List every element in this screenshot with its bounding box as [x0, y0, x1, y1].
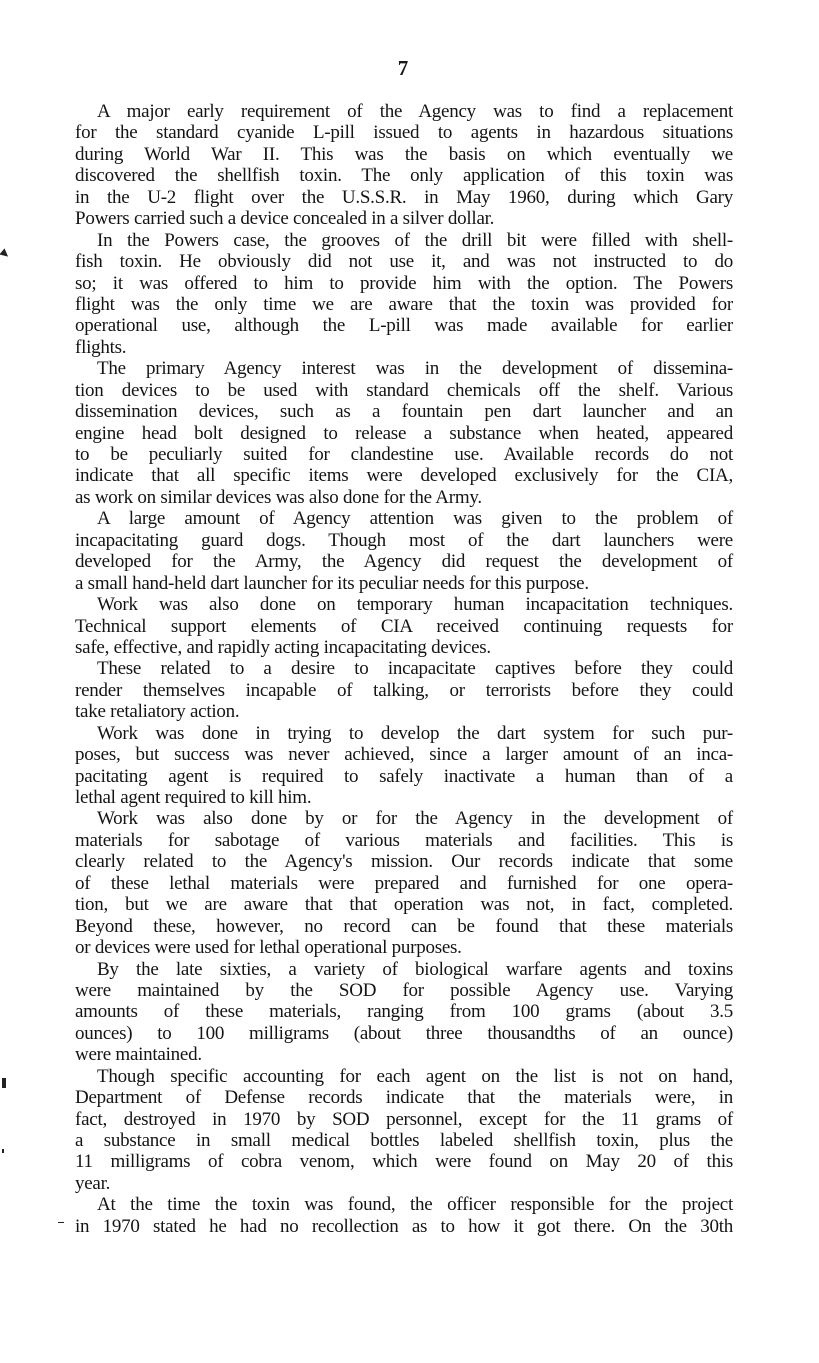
text-line: In the Powers case, the grooves of the d…: [75, 230, 733, 251]
text-line: fact, destroyed in 1970 by SOD personnel…: [75, 1109, 733, 1130]
text-line: The primary Agency interest was in the d…: [75, 358, 733, 379]
margin-arrow-mark: [0, 248, 11, 259]
text-line: A large amount of Agency attention was g…: [75, 508, 733, 529]
text-line: were maintained by the SOD for possible …: [75, 980, 733, 1001]
text-line: tion devices to be used with standard ch…: [75, 380, 733, 401]
paragraph: In the Powers case, the grooves of the d…: [75, 230, 733, 359]
text-line: a substance in small medical bottles lab…: [75, 1130, 733, 1151]
text-line: tion, but we are aware that that operati…: [75, 894, 733, 915]
text-line: clearly related to the Agency's mission.…: [75, 851, 733, 872]
text-line: operational use, although the L-pill was…: [75, 315, 733, 336]
text-line: engine head bolt designed to release a s…: [75, 423, 733, 444]
document-page: 7 A major early requirement of the Agenc…: [0, 0, 819, 1363]
text-line: flight was the only time we are aware th…: [75, 294, 733, 315]
text-line: Department of Defense records indicate t…: [75, 1087, 733, 1108]
text-line: Work was also done on temporary human in…: [75, 594, 733, 615]
text-line: At the time the toxin was found, the off…: [75, 1194, 733, 1215]
paragraph: The primary Agency interest was in the d…: [75, 358, 733, 508]
text-line: fish toxin. He obviously did not use it,…: [75, 251, 733, 272]
text-line: Beyond these, however, no record can be …: [75, 916, 733, 937]
body-text: A major early requirement of the Agency …: [75, 101, 733, 1237]
page-number: 7: [0, 56, 806, 81]
text-line: to be peculiarly suited for clandestine …: [75, 444, 733, 465]
margin-mark: [58, 1222, 64, 1223]
paragraph: Though specific accounting for each agen…: [75, 1066, 733, 1195]
text-line: as work on similar devices was also done…: [75, 487, 733, 508]
paragraph: By the late sixties, a variety of biolog…: [75, 959, 733, 1066]
margin-mark: [2, 1078, 6, 1088]
text-line: in the U-2 flight over the U.S.S.R. in M…: [75, 187, 733, 208]
text-line: safe, effective, and rapidly acting inca…: [75, 637, 733, 658]
text-line: lethal agent required to kill him.: [75, 787, 733, 808]
text-line: developed for the Army, the Agency did r…: [75, 551, 733, 572]
text-line: 11 milligrams of cobra venom, which were…: [75, 1151, 733, 1172]
text-line: ounces) to 100 milligrams (about three t…: [75, 1023, 733, 1044]
text-line: dissemination devices, such as a fountai…: [75, 401, 733, 422]
text-line: amounts of these materials, ranging from…: [75, 1001, 733, 1022]
text-line: materials for sabotage of various materi…: [75, 830, 733, 851]
text-line: Work was also done by or for the Agency …: [75, 808, 733, 829]
paragraph: Work was also done on temporary human in…: [75, 594, 733, 658]
text-line: during World War II. This was the basis …: [75, 144, 733, 165]
text-line: pacitating agent is required to safely i…: [75, 766, 733, 787]
paragraph: Work was done in trying to develop the d…: [75, 723, 733, 809]
text-line: render themselves incapable of talking, …: [75, 680, 733, 701]
text-line: were maintained.: [75, 1044, 733, 1065]
text-line: a small hand-held dart launcher for its …: [75, 573, 733, 594]
text-line: Technical support elements of CIA receiv…: [75, 616, 733, 637]
text-line: indicate that all specific items were de…: [75, 465, 733, 486]
text-line: of these lethal materials were prepared …: [75, 873, 733, 894]
text-line: Work was done in trying to develop the d…: [75, 723, 733, 744]
text-line: or devices were used for lethal operatio…: [75, 937, 733, 958]
paragraph: A large amount of Agency attention was g…: [75, 508, 733, 594]
text-line: discovered the shellfish toxin. The only…: [75, 165, 733, 186]
text-line: poses, but success was never achieved, s…: [75, 744, 733, 765]
text-line: Powers carried such a device concealed i…: [75, 208, 733, 229]
paragraph: A major early requirement of the Agency …: [75, 101, 733, 230]
text-line: incapacitating guard dogs. Though most o…: [75, 530, 733, 551]
text-line: By the late sixties, a variety of biolog…: [75, 959, 733, 980]
text-line: year.: [75, 1173, 733, 1194]
text-line: so; it was offered to him to provide him…: [75, 273, 733, 294]
text-line: in 1970 stated he had no recollection as…: [75, 1216, 733, 1237]
text-line: for the standard cyanide L-pill issued t…: [75, 122, 733, 143]
paragraph: Work was also done by or for the Agency …: [75, 808, 733, 958]
paragraph: At the time the toxin was found, the off…: [75, 1194, 733, 1237]
text-line: flights.: [75, 337, 733, 358]
paragraph: These related to a desire to incapacitat…: [75, 658, 733, 722]
text-line: take retaliatory action.: [75, 701, 733, 722]
text-line: These related to a desire to incapacitat…: [75, 658, 733, 679]
margin-mark: [2, 1149, 4, 1153]
text-line: A major early requirement of the Agency …: [75, 101, 733, 122]
text-line: Though specific accounting for each agen…: [75, 1066, 733, 1087]
